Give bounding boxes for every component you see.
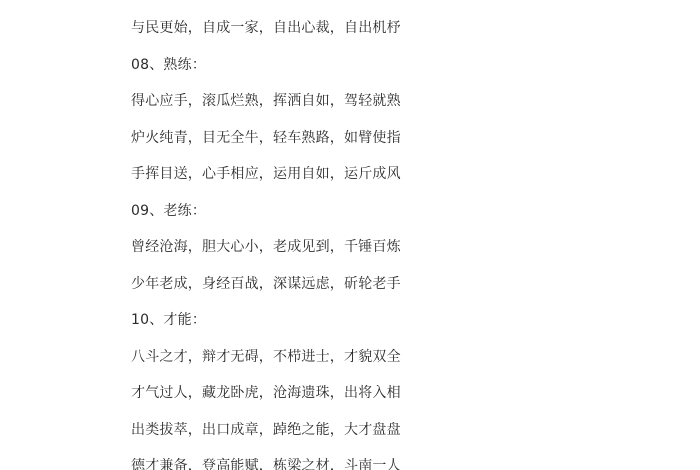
- section-heading-08: 08、熟练：: [131, 55, 206, 75]
- text-line-clipped: 德才兼备，登高能赋，栋梁之材，斗南一人: [131, 456, 401, 470]
- text-line: 与民更始，自成一家，自出心裁，自出机杼: [131, 18, 401, 38]
- text-line: 得心应手，滚瓜烂熟，挥洒自如，驾轻就熟: [131, 91, 401, 111]
- text-line: 出类拔萃，出口成章，踔绝之能，大才盘盘: [131, 420, 401, 440]
- text-line: 少年老成，身经百战，深谋远虑，斫轮老手: [131, 274, 401, 294]
- text-line: 手挥目送，心手相应，运用自如，运斤成风: [131, 164, 401, 184]
- section-heading-10: 10、才能：: [131, 310, 206, 330]
- text-line: 八斗之才，辩才无碍，不栉进士，才貌双全: [131, 347, 401, 367]
- text-line: 才气过人，藏龙卧虎，沧海遗珠，出将入相: [131, 383, 401, 403]
- section-heading-09: 09、老练：: [131, 201, 206, 221]
- text-line: 炉火纯青，目无全牛，轻车熟路，如臂使指: [131, 128, 401, 148]
- text-line: 曾经沧海，胆大心小，老成见到，千锤百炼: [131, 237, 401, 257]
